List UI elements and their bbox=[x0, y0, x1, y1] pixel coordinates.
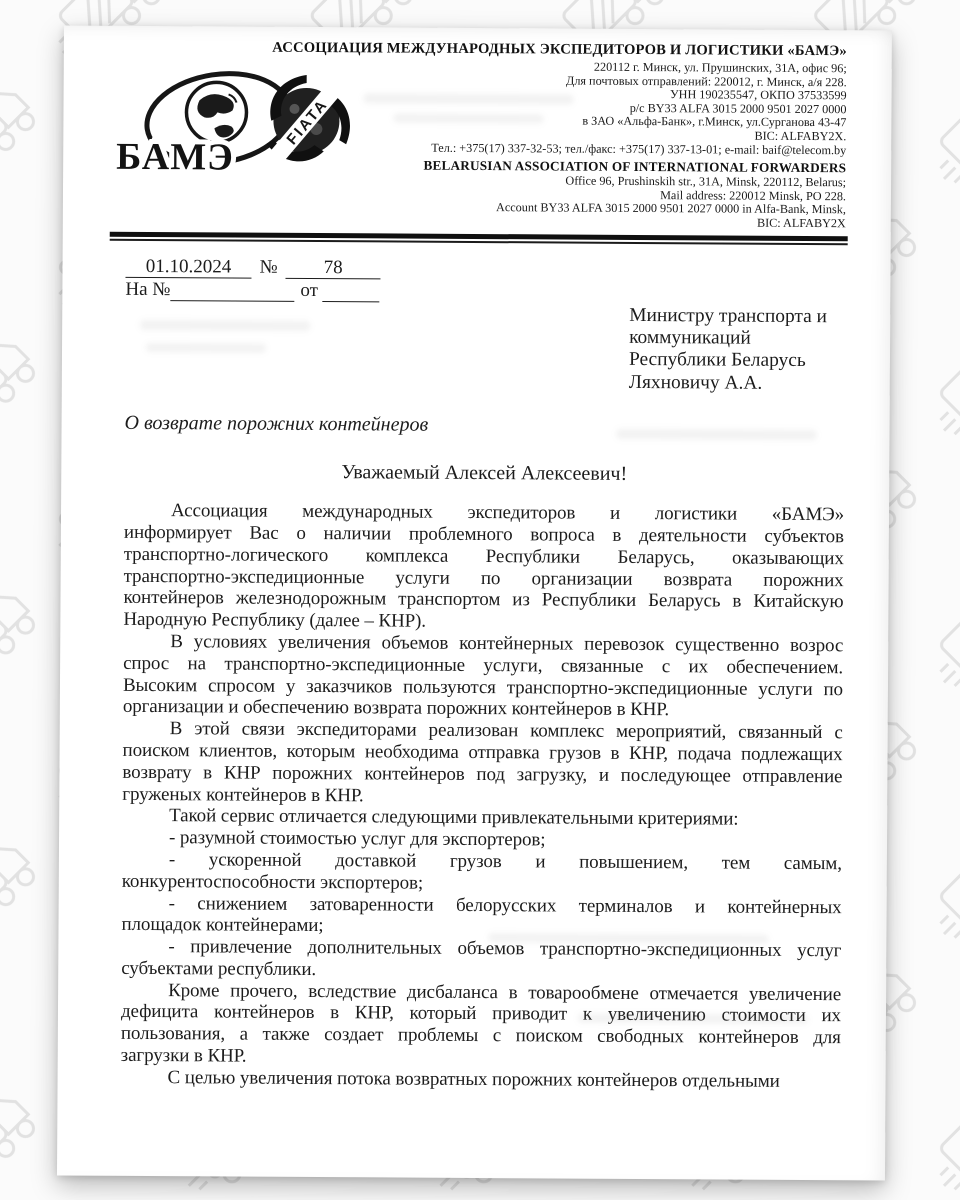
recipient-line: Ляхновичу А.А. bbox=[629, 372, 845, 396]
bame-logo-text: БАМЭ bbox=[116, 136, 234, 179]
body-paragraph: С целью увеличения потока возвратных пор… bbox=[121, 1067, 841, 1093]
reference-number: 78 bbox=[286, 256, 381, 279]
reference-block: 01.10.2024№78 На №от bbox=[125, 255, 380, 302]
reference-row-date: 01.10.2024№78 bbox=[125, 255, 380, 279]
bame-fiata-logo: БАМЭ FIATA bbox=[116, 68, 352, 184]
recipient-line: коммуникаций bbox=[629, 327, 845, 351]
body-line: С целью увеличения потока возвратных пор… bbox=[121, 1067, 841, 1093]
body-paragraph: Ассоциация международных экспедиторов и … bbox=[123, 500, 844, 635]
meta-row: 01.10.2024№78 На №от Министру транспорта… bbox=[125, 255, 846, 395]
reply-number-label: На № bbox=[125, 278, 170, 299]
body-paragraph: В этой связи экспедиторами реализован ко… bbox=[122, 718, 843, 810]
body-paragraph: - снижением затоваренности белорусских т… bbox=[121, 892, 841, 940]
salutation: Уважаемый Алексей Алексеевич! bbox=[124, 459, 844, 487]
recipient-line: Республики Беларусь bbox=[629, 349, 845, 373]
number-sign: № bbox=[259, 256, 277, 277]
reference-date: 01.10.2024 bbox=[125, 255, 251, 278]
reply-number-blank bbox=[170, 279, 294, 302]
reply-date-blank bbox=[322, 280, 379, 302]
recipient-block: Министру транспорта икоммуникацийРеспубл… bbox=[629, 304, 846, 395]
body-paragraph: - привлечение дополнительных объемов тра… bbox=[121, 936, 841, 984]
org-name-ru: АССОЦИАЦИЯ МЕЖДУНАРОДНЫХ ЭКСПЕДИТОРОВ И … bbox=[127, 38, 847, 60]
body-paragraph: В условиях увеличения объемов контейнерн… bbox=[123, 631, 844, 723]
fiata-logo-icon: FIATA bbox=[266, 75, 351, 176]
letterhead: БАМЭ FIATA АССОЦИАЦИЯ МЕЖДУНАРОДНЫХ ЭКСП… bbox=[126, 38, 847, 231]
letter-page: БАМЭ FIATA АССОЦИАЦИЯ МЕЖДУНАРОДНЫХ ЭКСП… bbox=[57, 25, 892, 1180]
reference-row-reply: На №от bbox=[125, 278, 380, 302]
reply-date-label: от bbox=[300, 279, 318, 300]
recipient-line: Министру транспорта и bbox=[629, 304, 845, 328]
letter-body: Ассоциация международных экспедиторов и … bbox=[121, 500, 845, 1093]
body-paragraph: Кроме прочего, вследствие дисбаланса в т… bbox=[121, 980, 842, 1072]
body-paragraph: - ускоренной доставкой грузов и повышени… bbox=[122, 849, 842, 897]
separator-rule bbox=[110, 231, 848, 245]
subject-line: О возврате порожних контейнеров bbox=[125, 411, 845, 439]
